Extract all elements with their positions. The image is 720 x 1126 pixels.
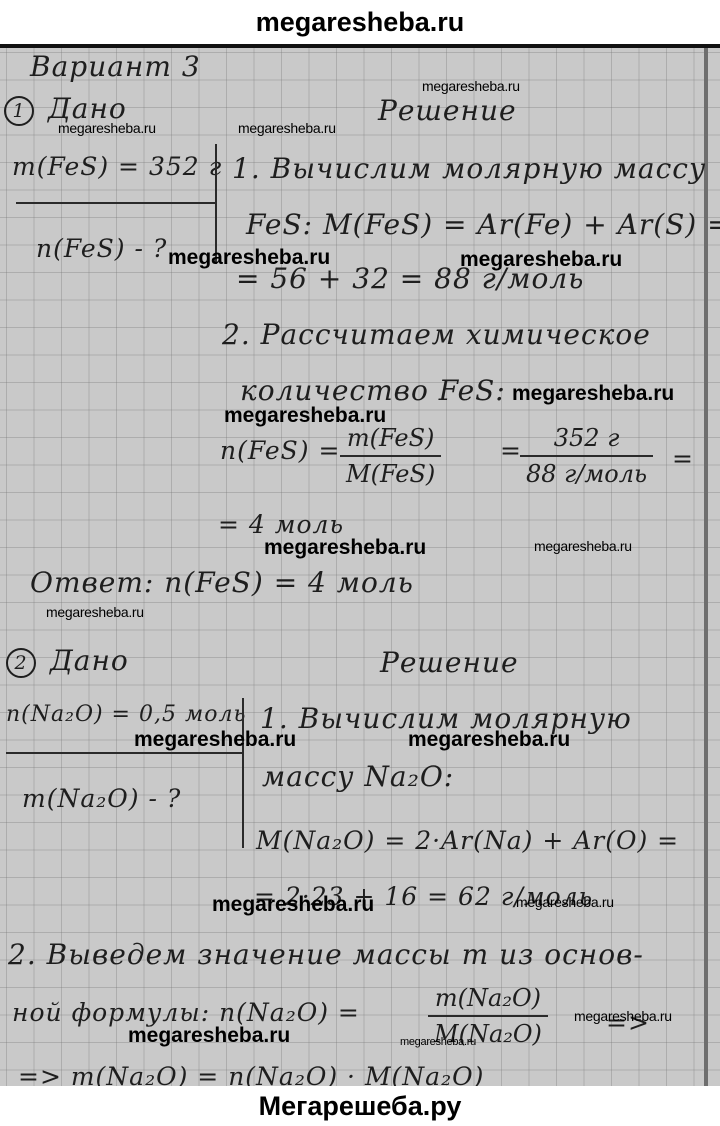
task2-given: n(Na₂O) = 0,5 моль <box>6 702 246 727</box>
task1-find: n(FeS) - ? <box>36 234 167 263</box>
watermark: megaresheba.ru <box>574 1008 672 1024</box>
fraction-numerator: m(Na₂O) <box>428 984 548 1012</box>
watermark: megaresheba.ru <box>168 246 330 270</box>
task1-step2-line2: количество FeS: <box>240 374 506 407</box>
task1-formula-lhs: n(FeS) = <box>220 436 340 465</box>
task2-step2-line2: ной формулы: n(Na₂O) = <box>12 998 360 1027</box>
fraction-bar <box>428 1015 548 1017</box>
watermark: megaresheba.ru <box>400 1036 476 1048</box>
site-header: megaresheba.ru <box>0 0 720 44</box>
fraction-numerator: m(FeS) <box>340 424 441 452</box>
given-divider <box>16 202 216 204</box>
fraction-denominator: 88 г/моль <box>520 460 653 488</box>
watermark: megaresheba.ru <box>46 604 144 620</box>
fraction-denominator: M(FeS) <box>340 460 441 488</box>
task1-result: = 4 моль <box>218 510 344 539</box>
task1-value-fraction: 352 г 88 г/моль <box>520 424 653 488</box>
task2-solution-label: Решение <box>380 646 519 679</box>
watermark: megaresheba.ru <box>534 538 632 554</box>
task1-given: m(FeS) = 352 г <box>12 152 222 181</box>
task2-step1-line3: M(Na₂O) = 2·Ar(Na) + Ar(O) = <box>256 826 679 855</box>
task2-given-heading: 2Дано <box>6 644 129 678</box>
watermark: megaresheba.ru <box>128 1024 290 1048</box>
task1-answer: Ответ: n(FeS) = 4 моль <box>30 566 414 599</box>
task1-solution-label: Решение <box>378 94 517 127</box>
task1-step1-line2: FeS: M(FeS) = Ar(Fe) + Ar(S) = <box>246 208 720 241</box>
watermark: megaresheba.ru <box>408 728 570 752</box>
fraction-numerator: 352 г <box>520 424 653 452</box>
task1-trailing-eq: = <box>672 444 694 473</box>
watermark: megaresheba.ru <box>238 120 336 136</box>
watermark: megaresheba.ru <box>264 536 426 560</box>
watermark: megaresheba.ru <box>134 728 296 752</box>
given-divider <box>6 752 242 754</box>
task1-step2-line1: 2. Рассчитаем химическое <box>222 318 651 351</box>
fraction-bar <box>520 455 653 457</box>
task2-number: 2 <box>6 648 36 678</box>
site-footer: Мегарешеба.ру <box>0 1086 720 1126</box>
margin-line <box>704 48 708 1086</box>
watermark: megaresheba.ru <box>212 893 374 917</box>
watermark: megaresheba.ru <box>460 248 622 272</box>
watermark: megaresheba.ru <box>516 894 614 910</box>
task1-number: 1 <box>4 96 34 126</box>
fraction-bar <box>340 455 441 457</box>
variant-title: Вариант 3 <box>30 50 201 83</box>
task2-find: m(Na₂O) - ? <box>22 784 181 813</box>
task1-formula-eq: = <box>500 436 522 465</box>
task2-step2-line3: => m(Na₂O) = n(Na₂O) · M(Na₂O) <box>18 1062 484 1086</box>
notebook-page: Вариант 3 1Дано Решение m(FeS) = 352 г n… <box>0 44 720 1086</box>
given-separator <box>242 698 244 848</box>
watermark: megaresheba.ru <box>512 382 674 406</box>
task2-step2-line1: 2. Выведем значение массы m из основ- <box>8 938 644 971</box>
task1-step1-line1: 1. Вычислим молярную массу <box>232 152 706 185</box>
watermark: megaresheba.ru <box>224 404 386 428</box>
watermark: megaresheba.ru <box>422 78 520 94</box>
task2-given-label: Дано <box>50 644 129 677</box>
task1-formula-fraction: m(FeS) M(FeS) <box>340 424 441 488</box>
watermark: megaresheba.ru <box>58 120 156 136</box>
task2-step1-line2: массу Na₂O: <box>262 760 454 793</box>
